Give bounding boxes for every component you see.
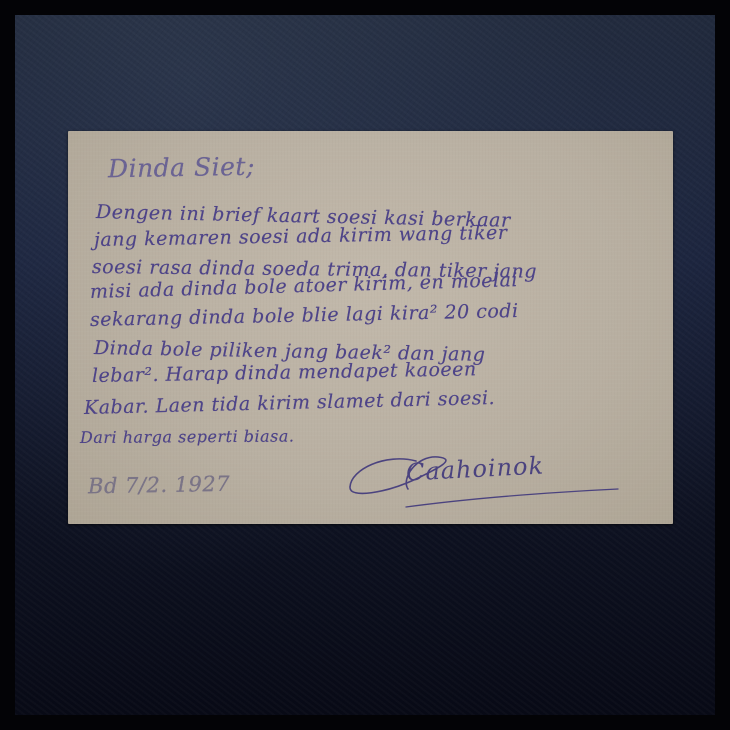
signature: Caahoinok [346,449,626,509]
place-date: Bd 7/2. 1927 [88,472,231,498]
letter-line-8: Kabar. Laen tida kirim slamet dari soesi… [84,387,496,419]
salutation: Dinda Siet; [108,152,255,184]
postcard: Dinda Siet; Dengen ini brief kaart soesi… [68,131,673,524]
letter-line-9: Dari harga seperti biasa. [80,427,295,447]
photo-frame: Dinda Siet; Dengen ini brief kaart soesi… [0,0,730,730]
letter-line-7: lebar². Harap dinda mendapet kaoeen [92,358,477,387]
letter-line-2: jang kemaren soesi ada kirim wang tiker [94,222,508,251]
letter-line-5: sekarang dinda bole blie lagi kira² 20 c… [90,300,519,331]
